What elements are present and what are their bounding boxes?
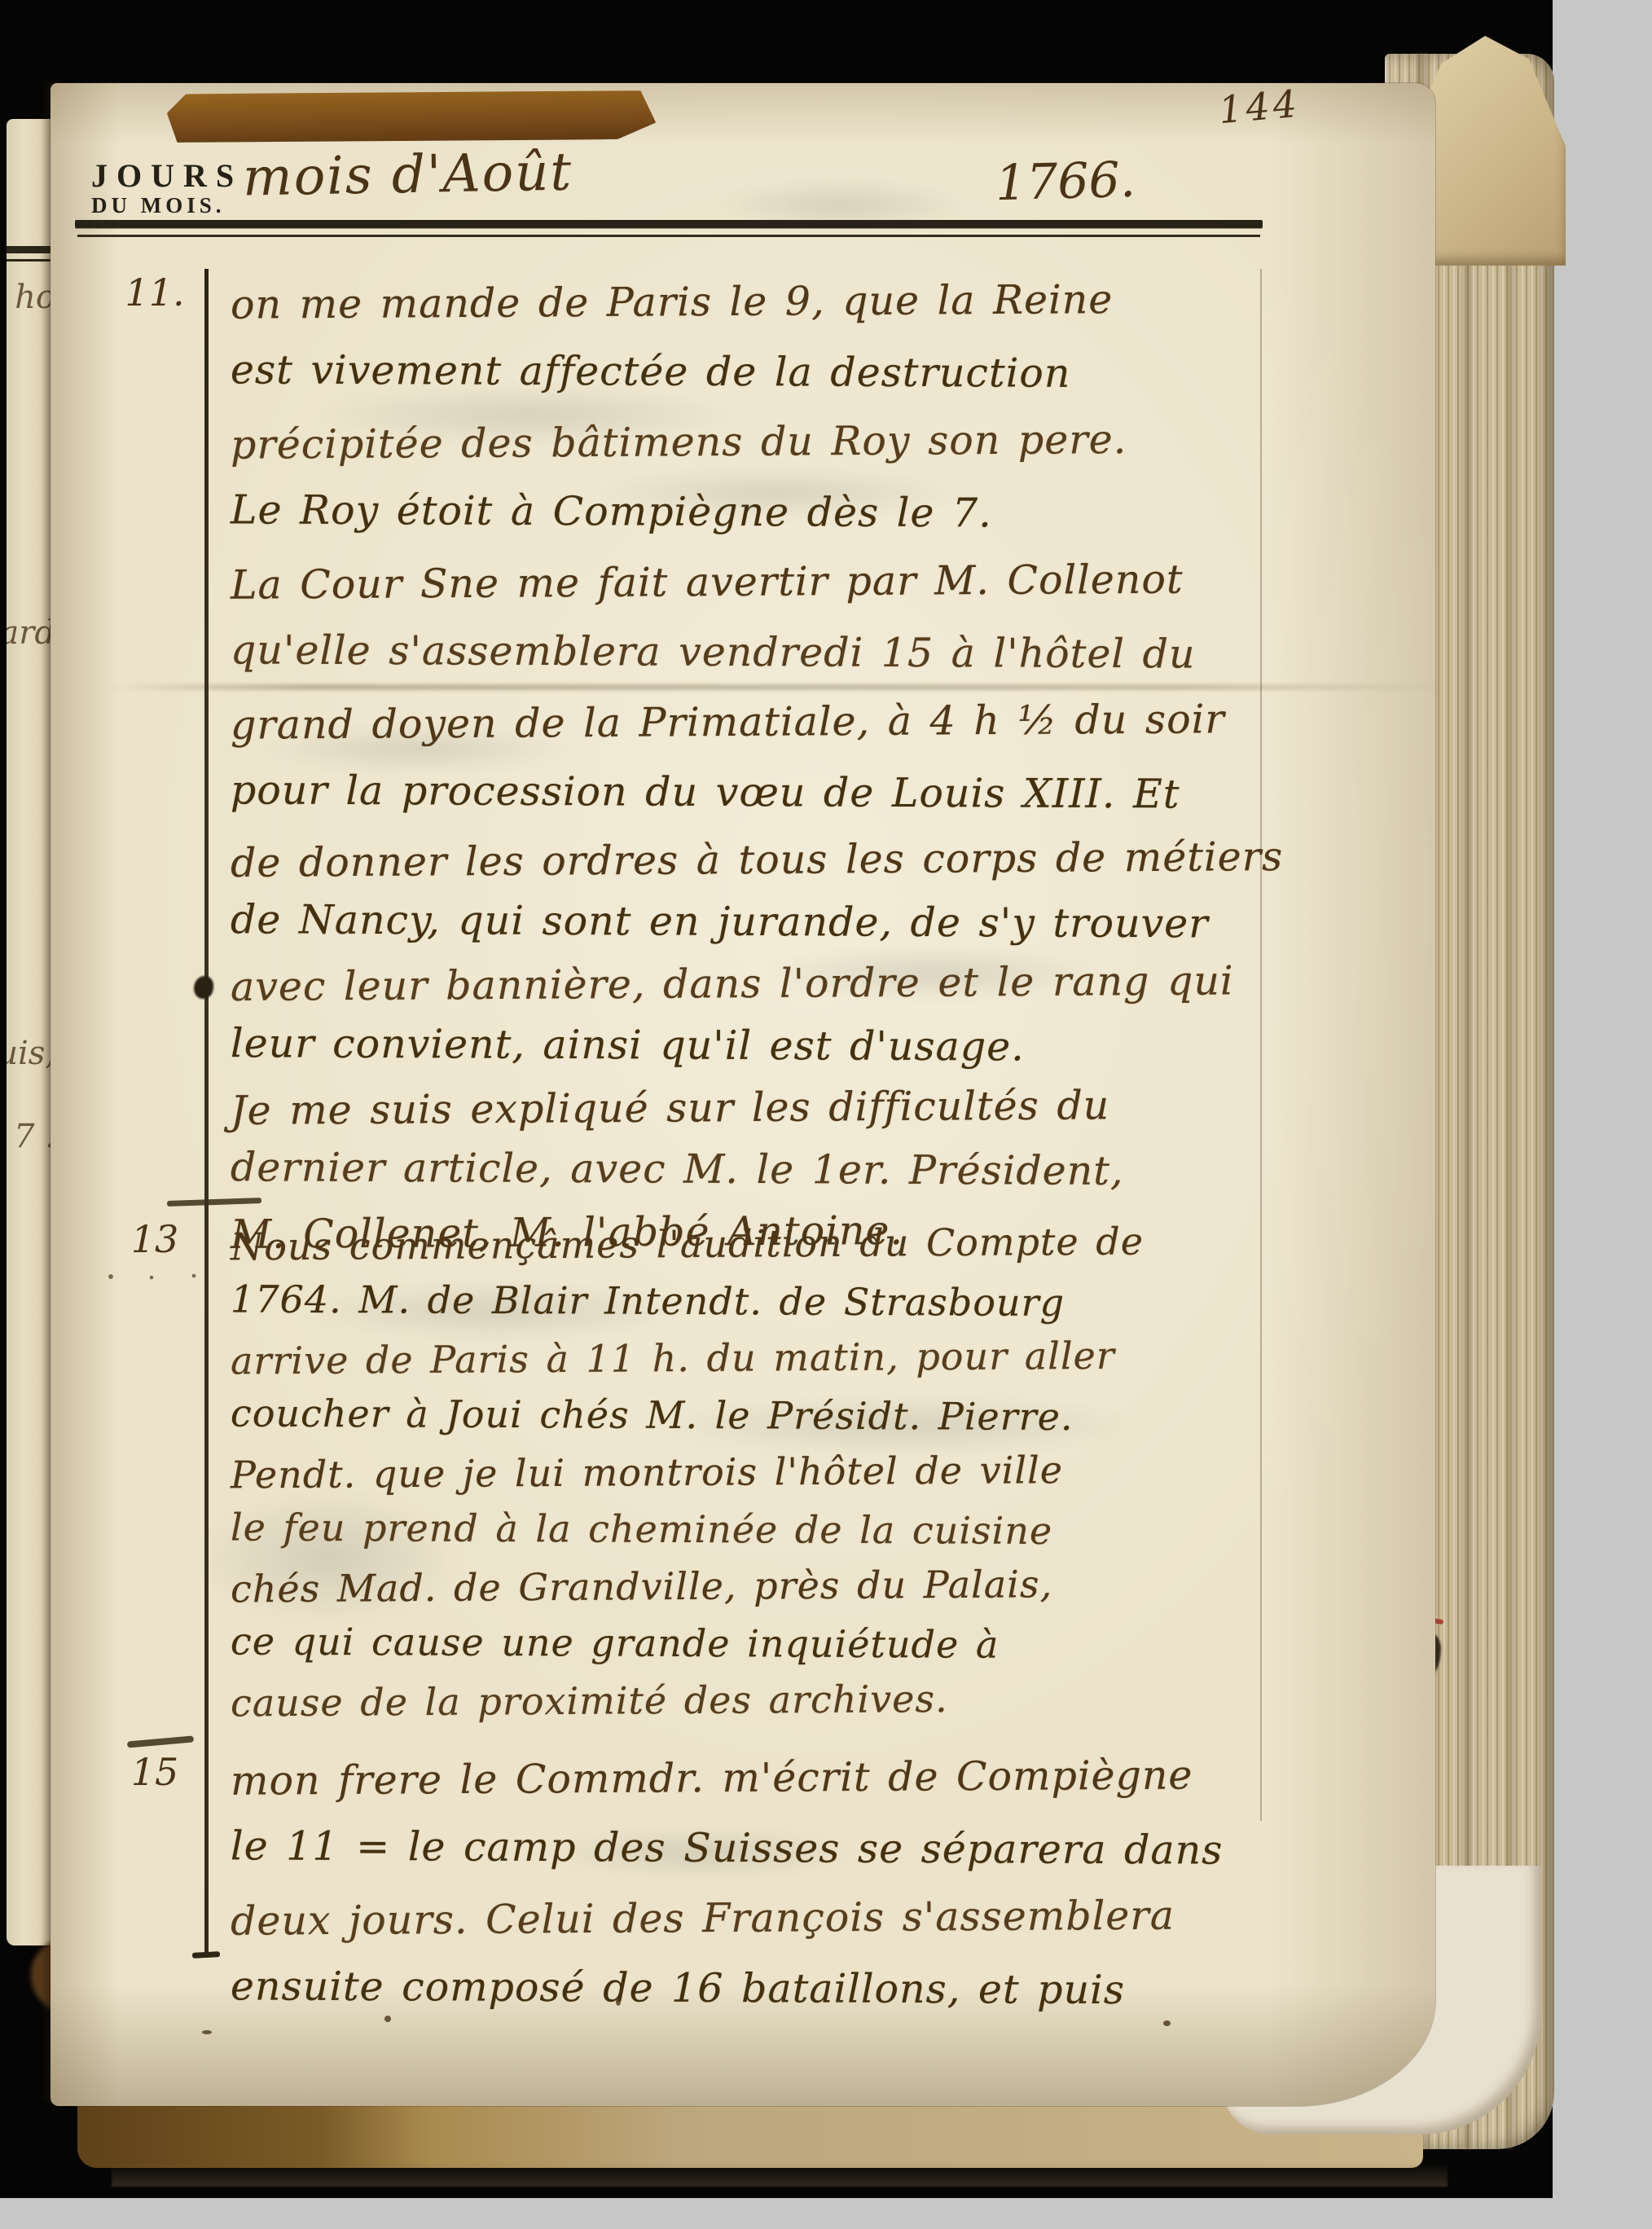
manuscript-line: le feu prend à la cheminée de la cuisine [231,1499,1144,1560]
ink-speck [202,2030,212,2034]
day-number: 15 [112,1750,197,1794]
page-number: 144 [1217,81,1302,132]
manuscript-line: mon frere le Commdr. m'écrit de Compiègn… [231,1740,1224,1816]
journal-entry-11-part1: on me mande de Paris le 9, que la Reine … [231,267,1225,828]
binding-tape [166,85,656,148]
day-number: 13 [112,1217,197,1261]
journal-entry-13: Nous commençâmes l'audition du Compte de… [231,1216,1144,1729]
manuscript-line: dernier article, avec M. le 1er. Préside… [231,1136,1284,1203]
ink-speck [384,2016,391,2022]
manuscript-line: de Nancy, qui sont en jurande, de s'y tr… [231,889,1284,956]
days-label-line2: DU MOIS. [91,192,243,218]
scanner-mat-bottom [0,2198,1652,2229]
manuscript-line: pour la procession du vœu de Louis XIII.… [231,755,1225,829]
manuscript-line: coucher à Joui chés M. le Présidt. Pierr… [231,1385,1144,1446]
fore-edge-striation [1507,54,1514,2149]
manuscript-line: grand doyen de la Primatiale, à 4 h ½ du… [231,684,1225,760]
fore-edge-striation [1463,54,1471,2149]
manuscript-line: Je me suis expliqué sur les difficultés … [231,1074,1284,1142]
year: 1766. [995,152,1136,212]
day-number: 11. [112,270,197,314]
scanned-manuscript-page: ho pard uis, 7 . JOURS DU MOIS. mois d'A… [0,0,1652,2229]
manuscript-line: deux jours. Celui des François s'assembl… [231,1880,1224,1956]
manuscript-line: Nous commençâmes l'audition du Compte de [231,1213,1144,1276]
journal-entry-15: mon frere le Commdr. m'écrit de Compiègn… [231,1743,1223,2024]
manuscript-line: avec leur bannière, dans l'ordre et le r… [231,950,1284,1018]
manuscript-line: Le Roy étoit à Compiègne dès le 7. [231,475,1225,549]
manuscript-line: arrive de Paris à 11 h. du matin, pour a… [231,1327,1144,1390]
manuscript-line: leur convient, ainsi qu'il est d'usage. [231,1013,1284,1079]
manuscript-line: qu'elle s'assemblera vendredi 15 à l'hôt… [231,615,1225,689]
month-title: mois d'Août [242,142,573,208]
manuscript-line: le 11 = le camp des Suisses se séparera … [231,1811,1224,1885]
manuscript-line: ensuite composé de 16 bataillons, et pui… [231,1951,1224,2025]
manuscript-line: de donner les ordres à tous les corps de… [231,826,1284,895]
header-rule-thick [75,220,1263,228]
manuscript-line: est vivement affectée de la destruction [231,335,1225,409]
printed-column-header: JOURS DU MOIS. [91,160,243,218]
ink-speck [616,1998,621,2006]
ink-speck [1163,2020,1171,2026]
margin-ink-dots [104,1271,202,1282]
scanner-mat-right [1553,0,1652,2229]
manuscript-line: ce qui cause une grande inquiétude à [231,1613,1144,1674]
ink-blob-on-rule [194,976,213,999]
show-through-smudge [670,173,1012,238]
manuscript-line: précipitée des bâtimens du Roy son pere. [231,404,1225,480]
day-column-rule [204,269,209,1957]
journal-entry-11-part2: de donner les ordres à tous les corps de… [231,829,1283,1263]
header-rule-thin [77,235,1260,237]
manuscript-line: chés Mad. de Grandville, près du Palais, [231,1555,1144,1618]
manuscript-line: on me mande de Paris le 9, que la Reine [231,264,1225,340]
days-label-line1: JOURS [91,160,243,192]
manuscript-line: La Cour Sne me fait avertir par M. Colle… [231,544,1225,620]
manuscript-line: Pendt. que je lui montrois l'hôtel de vi… [231,1441,1144,1504]
manuscript-line: cause de la proximité des archives. [231,1669,1144,1732]
book-cover-edge [77,2098,1423,2168]
page-bottom-edge [112,2162,1448,2187]
manuscript-line: 1764. M. de Blair Intendt. de Strasbourg [231,1271,1144,1332]
